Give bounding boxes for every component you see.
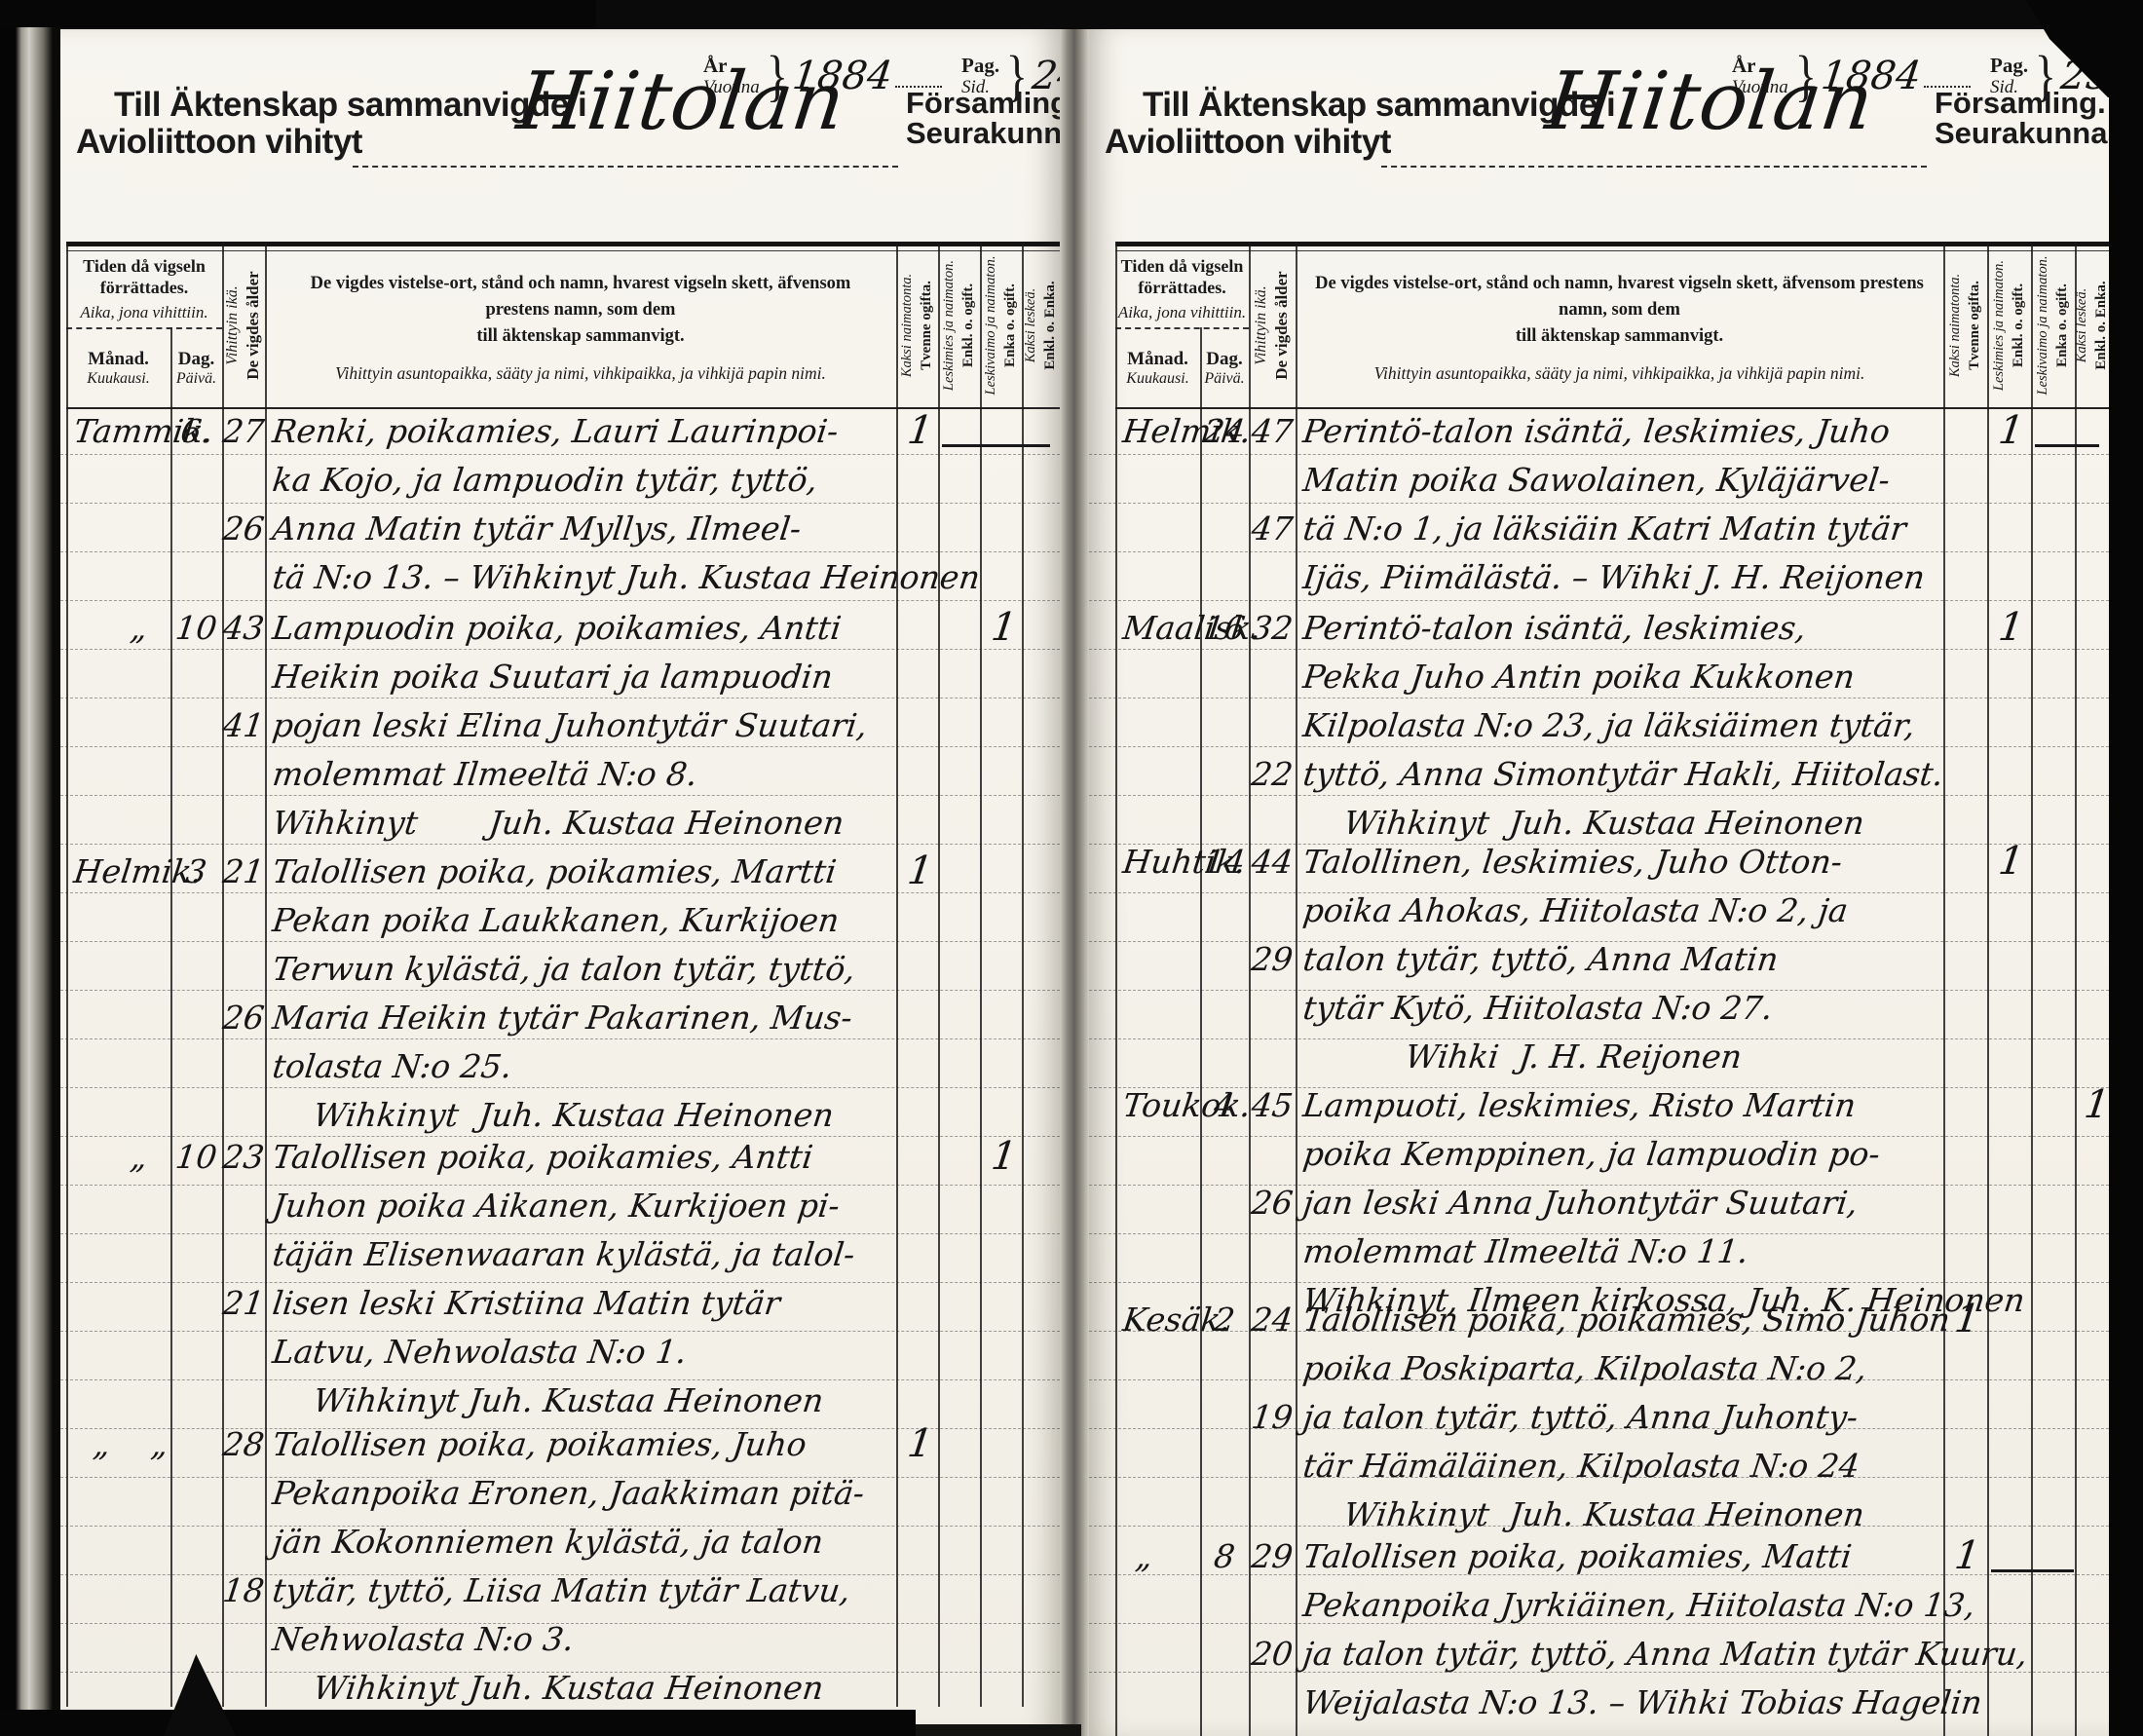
entry-line: Matin poika Sawolainen, Kyläjärvel-	[1301, 464, 1892, 496]
tally-mark: 1	[906, 851, 935, 890]
ledger-rule	[1089, 698, 2109, 698]
entry-line: molemmat Ilmeeltä N:o 11.	[1301, 1235, 1750, 1267]
ledger-rule	[60, 1087, 1060, 1088]
groom-age: 45	[1243, 1089, 1301, 1121]
title-underline	[1381, 166, 1927, 168]
ledger-rule	[1089, 795, 2109, 796]
ledger-rule	[60, 1428, 1060, 1429]
ledger-rule	[1089, 1672, 2109, 1673]
ledger-body: Helmik. 24 47 47 Perintö-talon isäntä, l…	[1089, 407, 2109, 1736]
status-label-finnish: Kaksi leskeä.	[1022, 244, 1041, 407]
ledger-rule	[60, 698, 1060, 698]
entry-line: jän Kokonniemen kylästä, ja talon	[271, 1526, 825, 1558]
ledger-rule	[60, 551, 1060, 552]
ledger-rule	[60, 795, 1060, 796]
entry-day: „	[129, 1428, 191, 1460]
status-label-finnish: Leskivaimo ja naimaton.	[2034, 244, 2053, 407]
groom-age: 32	[1243, 612, 1301, 644]
ledger-rule	[1089, 746, 2109, 747]
ledger-rule	[1089, 941, 2109, 942]
book-spine	[1060, 29, 1089, 1736]
tally-dash	[1991, 1569, 2074, 1572]
entry-line: tyttö, Anna Simontytär Hakli, Hiitolast.	[1301, 758, 1945, 790]
entry-line: tytär Kytö, Hiitolasta N:o 27.	[1301, 992, 1775, 1024]
status-column-header-widow-unmarried: Leskivaimo ja naimaton. Enka o. ogift.	[2031, 244, 2075, 407]
tally-mark: 1	[2083, 1085, 2112, 1124]
entry-line: molemmat Ilmeeltä N:o 8.	[271, 758, 699, 790]
ledger-rule	[1089, 1477, 2109, 1478]
tally-mark: 1	[1953, 1300, 1982, 1339]
ledger-rule	[60, 1574, 1060, 1575]
main-header-swedish: De vigdes vistelse-ort, stånd och namn, …	[279, 271, 883, 349]
time-header-finnish: Aika, jona vihittiin.	[80, 303, 207, 322]
status-label-finnish: Leskivaimo ja naimaton.	[982, 244, 1001, 407]
scan-edge-top	[0, 0, 596, 27]
entry-line: Wihkinyt Juh. Kustaa Heinonen	[1301, 807, 1866, 839]
page-label-swedish: Pag.	[961, 54, 999, 77]
status-column-header-two-widowed: Kaksi leskeä. Enkl. o. Enka.	[1022, 244, 1060, 407]
entry-line: Terwun kylästä, ja talon tytär, tyttö,	[271, 953, 857, 985]
day-label-finnish: Päivä.	[176, 370, 216, 388]
parish-name-handwritten: Hiitolan	[1542, 62, 1877, 142]
tally-mark: 1	[1997, 411, 2026, 450]
groom-age: 43	[216, 612, 271, 644]
entry-line: Wihkinyt Juh. Kustaa Heinonen	[271, 1099, 836, 1131]
entry-month: „	[1134, 1540, 1154, 1572]
status-label-finnish: Kaksi naimatonta.	[898, 244, 918, 407]
main-column-header: De vigdes vistelse-ort, stånd och namn, …	[265, 249, 896, 405]
entry-line: Wihki J. H. Reijonen	[1301, 1040, 1744, 1073]
ledger-rule	[60, 1331, 1060, 1332]
page-label-swedish: Pag.	[1990, 54, 2028, 77]
ledger-rule	[1089, 1379, 2109, 1380]
day-column-header: Dag. Päivä.	[170, 331, 222, 405]
parish-name-handwritten: Hiitolan	[513, 62, 848, 142]
scan-edge-right	[2109, 0, 2143, 1736]
tally-mark: 1	[906, 1424, 935, 1463]
tally-dash	[2035, 444, 2099, 447]
register-page-left: År Vuonna } 1884 Pag. Sid. } 24 Till Äkt…	[60, 29, 1060, 1736]
ledger-rule	[1089, 600, 2109, 601]
entry-month: „	[92, 1428, 112, 1460]
ledger-rule	[1089, 649, 2109, 650]
title-underline	[353, 166, 898, 168]
entry-line: täjän Elisenwaaran kylästä, ja talol-	[271, 1238, 857, 1270]
status-label-swedish: Enkl. o. ogift.	[959, 244, 978, 407]
month-label-finnish: Kuukausi.	[1126, 370, 1188, 388]
day-label-swedish: Dag.	[1206, 349, 1242, 370]
tally-mark: 1	[906, 411, 935, 450]
bride-age: 26	[216, 1001, 271, 1034]
status-label-finnish: Kaksi leskeä.	[2073, 244, 2092, 407]
entry-line: Pekka Juho Antin poika Kukkonen	[1301, 660, 1857, 693]
entry-line: ja talon tytär, tyttö, Anna Matin tytär …	[1301, 1638, 2029, 1670]
entry-line: jan leski Anna Juhontytär Suutari,	[1301, 1187, 1860, 1219]
ledger-rule	[60, 649, 1060, 650]
tally-dash	[942, 444, 1050, 447]
entry-line: poika Ahokas, Hiitolasta N:o 2, ja	[1301, 894, 1850, 926]
tally-mark: 1	[1953, 1536, 1982, 1575]
entry-line: Lampuodin poika, poikamies, Antti	[271, 612, 843, 644]
bride-age: 41	[216, 709, 271, 741]
status-label-finnish: Kaksi naimatonta.	[1946, 244, 1966, 407]
entry-line: ka Kojo, ja lampuodin tytär, tyttö,	[271, 464, 819, 496]
entry-line: tä N:o 1, ja läksiäin Katri Matin tytär	[1301, 512, 1908, 545]
tally-mark: 1	[990, 1137, 1019, 1176]
ledger-rule	[1089, 1038, 2109, 1039]
bride-age: 26	[1243, 1187, 1301, 1219]
day-column-header: Dag. Päivä.	[1200, 331, 1249, 405]
status-label-finnish: Leskimies ja naimaton.	[940, 244, 959, 407]
day-label-swedish: Dag.	[178, 349, 214, 370]
age-label-finnish: Vihittyin ikä.	[222, 244, 244, 407]
tally-mark: 1	[990, 608, 1019, 647]
ledger-rule	[60, 1233, 1060, 1234]
register-title-finnish: Avioliittoon vihityt	[76, 123, 362, 162]
ledger-rule	[60, 1038, 1060, 1039]
age-column-header: Vihittyin ikä. De vigdes ålder	[222, 244, 265, 407]
groom-age: 23	[216, 1141, 271, 1173]
groom-age: 47	[1243, 415, 1301, 447]
status-label-swedish: Enkl. o. ogift.	[2009, 244, 2028, 407]
month-label-swedish: Månad.	[88, 349, 149, 370]
entry-line: Weijalasta N:o 13. – Wihki Tobias Hageli…	[1301, 1686, 1984, 1718]
entry-line: Ijäs, Piimälästä. – Wihki J. H. Reijonen	[1301, 561, 1927, 593]
ledger-rule	[1089, 892, 2109, 893]
ledger-rule	[1089, 503, 2109, 504]
entry-line: Renki, poikamies, Lauri Laurinpoi-	[271, 415, 841, 447]
status-column-header-two-unmarried: Kaksi naimatonta. Tvenne ogifta.	[896, 244, 938, 407]
entry-line: Talollisen poika, poikamies, Juho	[271, 1428, 808, 1460]
ledger-rule	[60, 1185, 1060, 1186]
main-header-finnish: Vihittyin asuntopaikka, sääty ja nimi, v…	[335, 363, 826, 384]
groom-age: 44	[1243, 846, 1301, 878]
ledger-rule	[1089, 1428, 2109, 1429]
ledger-rule	[1089, 1331, 2109, 1332]
ledger-rule	[60, 1136, 1060, 1137]
tally-mark: 1	[1997, 608, 2026, 647]
entry-line: Wihkinyt Juh. Kustaa Heinonen	[271, 807, 846, 839]
ledger-rule	[60, 892, 1060, 893]
status-column-header-two-widowed: Kaksi leskeä. Enkl. o. Enka.	[2075, 244, 2109, 407]
groom-age: 27	[216, 415, 271, 447]
entry-line: Perintö-talon isäntä, leskimies, Juho	[1301, 415, 1892, 447]
ledger-rule	[60, 1477, 1060, 1478]
entry-line: lisen leski Kristiina Matin tytär	[271, 1287, 782, 1319]
bride-age: 26	[216, 512, 271, 545]
status-column-header-widower-unmarried: Leskimies ja naimaton. Enkl. o. ogift.	[1987, 244, 2031, 407]
entry-line: Perintö-talon isäntä, leskimies,	[1301, 612, 1808, 644]
groom-age: 28	[216, 1428, 271, 1460]
entry-line: Heikin poika Suutari ja lampuodin	[271, 660, 835, 693]
age-column-header: Vihittyin ikä. De vigdes ålder	[1249, 244, 1296, 407]
entry-line: Pekanpoika Jyrkiäinen, Hiitolasta N:o 13…	[1301, 1589, 1977, 1621]
entry-line: Maria Heikin tytär Pakarinen, Mus-	[271, 1001, 854, 1034]
age-label-swedish: De vigdes ålder	[1271, 244, 1294, 407]
ledger-rule	[60, 1379, 1060, 1380]
ledger-rule	[1089, 551, 2109, 552]
entry-line: Pekan poika Laukkanen, Kurkijoen	[271, 904, 841, 936]
scanned-marriage-register-spread: År Vuonna } 1884 Pag. Sid. } 24 Till Äkt…	[0, 0, 2143, 1736]
scan-edge-left	[0, 0, 60, 1736]
entry-line: pojan leski Elina Juhontytär Suutari,	[271, 709, 869, 741]
status-label-swedish: Enka o. ogift.	[1000, 244, 1020, 407]
ledger-rule	[1089, 1526, 2109, 1527]
time-header-swedish: Tiden då vigseln förrättades.	[1115, 255, 1249, 299]
month-column-header: Månad. Kuukausi.	[1115, 331, 1200, 405]
main-column-header: De vigdes vistelse-ort, stånd och namn, …	[1296, 249, 1943, 405]
entry-line: Wihkinyt Juh. Kustaa Heinonen	[271, 1672, 825, 1704]
ledger-rule	[60, 454, 1060, 455]
bride-age: 29	[1243, 943, 1301, 975]
time-cell-divider	[66, 327, 222, 329]
ledger-rule	[60, 844, 1060, 845]
time-header-finnish: Aika, jona vihittiin.	[1118, 303, 1246, 322]
ledger-rule	[1089, 1233, 2109, 1234]
entry-month: „	[129, 1141, 149, 1173]
ledger-body: Tammik. 6. 27 26 Renki, poikamies, Lauri…	[60, 407, 1060, 1707]
entry-line: tä N:o 13. – Wihkinyt Juh. Kustaa Heinon…	[271, 561, 982, 593]
status-column-header-widow-unmarried: Leskivaimo ja naimaton. Enka o. ogift.	[980, 244, 1022, 407]
entry-line: Latvu, Nehwolasta N:o 1.	[271, 1336, 689, 1368]
ledger-rule	[1089, 844, 2109, 845]
bride-age: 18	[216, 1574, 271, 1606]
entry-line: tolasta N:o 25.	[271, 1050, 513, 1082]
age-label-finnish: Vihittyin ikä.	[1251, 244, 1272, 407]
ledger-rule	[1089, 1282, 2109, 1283]
entry-line: Pekanpoika Eronen, Jaakkiman pitä-	[271, 1477, 866, 1509]
status-label-swedish: Tvenne ogifta.	[917, 244, 936, 407]
month-label-swedish: Månad.	[1127, 349, 1188, 370]
bride-age: 22	[1243, 758, 1301, 790]
day-label-finnish: Päivä.	[1204, 370, 1244, 388]
ledger-rule	[1089, 1136, 2109, 1137]
status-column-header-two-unmarried: Kaksi naimatonta. Tvenne ogifta.	[1943, 244, 1987, 407]
groom-age: 29	[1243, 1540, 1301, 1572]
ledger-rule	[1089, 454, 2109, 455]
bride-age: 47	[1243, 512, 1301, 545]
ledger-rule	[1089, 1623, 2109, 1624]
entry-line: Nehwolasta N:o 3.	[271, 1623, 576, 1655]
entry-line: Talollisen poika, poikamies, Martti	[271, 855, 838, 887]
entry-line: Juhon poika Aikanen, Kurkijoen pi-	[271, 1189, 842, 1222]
ledger-rule	[60, 746, 1060, 747]
entry-line: tytär, tyttö, Liisa Matin tytär Latvu,	[271, 1574, 852, 1606]
age-label-swedish: De vigdes ålder	[243, 244, 265, 407]
month-label-finnish: Kuukausi.	[87, 370, 149, 388]
entry-line: Talollisen poika, poikamies, Antti	[271, 1141, 814, 1173]
ledger-rule	[60, 1623, 1060, 1624]
ledger-rule	[60, 990, 1060, 991]
main-header-swedish: De vigdes vistelse-ort, stånd och namn, …	[1309, 271, 1930, 349]
entry-line: Talollisen poika, poikamies, Matti	[1301, 1540, 1854, 1572]
register-title-finnish: Avioliittoon vihityt	[1105, 123, 1391, 162]
ledger-rule	[60, 941, 1060, 942]
entry-line: Anna Matin tytär Myllys, Ilmeel-	[271, 512, 803, 545]
ledger-rule	[60, 1672, 1060, 1673]
scan-edge-bottom-thin	[916, 1724, 1081, 1736]
entry-line: talon tytär, tyttö, Anna Matin	[1301, 943, 1780, 975]
ledger-rule	[60, 600, 1060, 601]
entry-line: poika Kemppinen, ja lampuodin po-	[1301, 1138, 1882, 1170]
bride-age: 21	[216, 1287, 271, 1319]
ledger-rule	[1089, 1185, 2109, 1186]
tally-mark: 1	[1997, 842, 2026, 881]
status-label-finnish: Leskimies ja naimaton.	[1990, 244, 2010, 407]
ledger-rule	[1089, 1087, 2109, 1088]
time-column-header: Tiden då vigseln förrättades. Aika, jona…	[66, 249, 222, 327]
bride-age: 20	[1243, 1638, 1301, 1670]
entry-line: Kilpolasta N:o 23, ja läksiäimen tytär,	[1301, 709, 1917, 741]
entry-month: „	[129, 612, 149, 644]
time-header-swedish: Tiden då vigseln förrättades.	[66, 255, 222, 299]
ledger-rule	[1089, 1574, 2109, 1575]
status-label-swedish: Tvenne ogifta.	[1965, 244, 1984, 407]
time-cell-divider	[1115, 327, 1249, 329]
register-page-right: År Vuonna } 1884 Pag. Sid. } 25 Till Äkt…	[1089, 29, 2109, 1736]
ledger-rule	[1089, 990, 2109, 991]
entry-line: Lampuoti, leskimies, Risto Martin	[1301, 1089, 1858, 1121]
ledger-rule	[60, 1526, 1060, 1527]
scan-edge-bottom	[0, 1710, 916, 1736]
groom-age: 21	[216, 855, 271, 887]
entry-line: Talollinen, leskimies, Juho Otton-	[1301, 846, 1844, 878]
main-header-finnish: Vihittyin asuntopaikka, sääty ja nimi, v…	[1374, 363, 1865, 384]
status-column-header-widower-unmarried: Leskimies ja naimaton. Enkl. o. ogift.	[938, 244, 980, 407]
ledger-rule	[60, 1282, 1060, 1283]
entry-line: Wihkinyt Juh. Kustaa Heinonen	[271, 1384, 825, 1416]
month-column-header: Månad. Kuukausi.	[66, 331, 170, 405]
status-label-swedish: Enkl. o. Enka.	[1040, 244, 1060, 407]
status-label-swedish: Enka o. ogift.	[2052, 244, 2072, 407]
ledger-rule	[60, 503, 1060, 504]
time-column-header: Tiden då vigseln förrättades. Aika, jona…	[1115, 249, 1249, 327]
